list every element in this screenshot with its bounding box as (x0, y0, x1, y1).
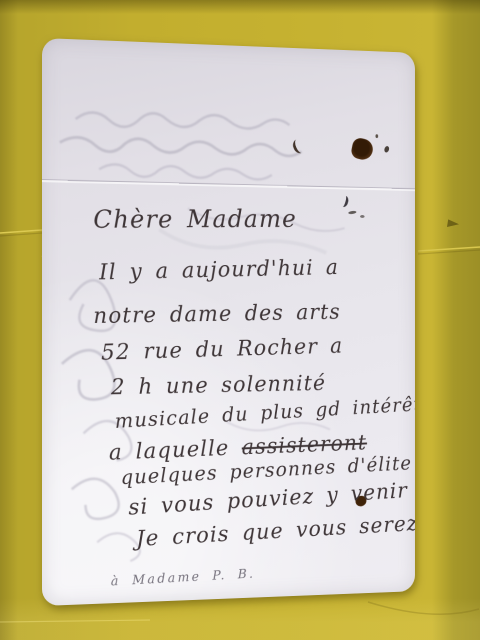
backing-crease-bottom (368, 602, 479, 614)
ink-speck (360, 215, 365, 218)
letter-line: Il y a aujourd'hui a (99, 258, 339, 285)
letter-paper: Chère Madame Il y a aujourd'hui a notre … (42, 38, 415, 606)
letter-salutation: Chère Madame (93, 207, 297, 232)
backing-crease-right-shadow (418, 250, 480, 254)
backing-crease-right (418, 247, 480, 251)
backing-dark-speck (447, 218, 459, 227)
backing-crease-left (0, 230, 42, 233)
backing-crease-bottom-left (0, 620, 150, 622)
backing-crease-left-shadow (0, 233, 42, 236)
photo-of-letter: Chère Madame Il y a aujourd'hui a notre … (0, 0, 480, 640)
ink-speck (375, 134, 378, 138)
letter-line: 2 h une solennité (111, 373, 326, 399)
letter-line: notre dame des arts (93, 302, 341, 328)
